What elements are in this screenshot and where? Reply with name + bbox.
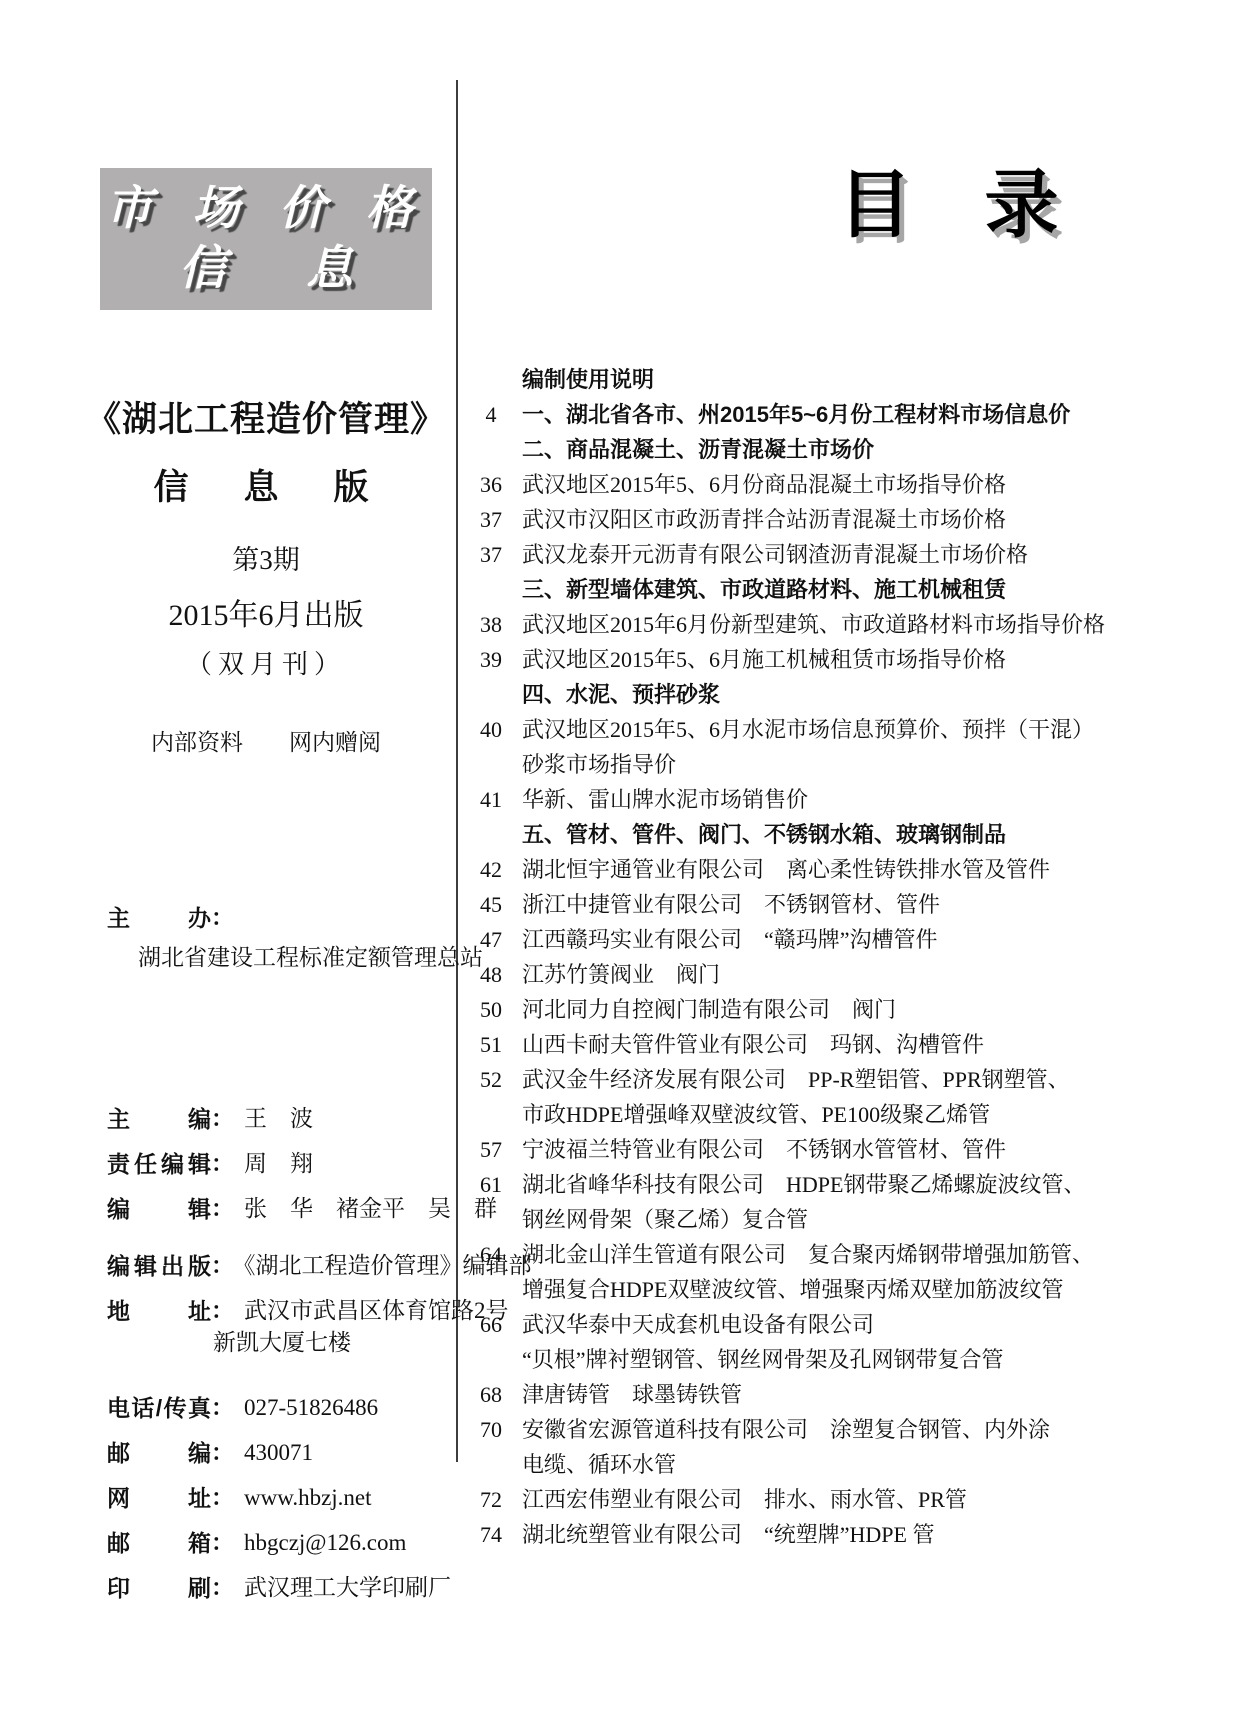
imprint-label: 地址 — [107, 1296, 211, 1326]
imprint-colon: ： — [211, 1394, 234, 1420]
imprint-colon: ： — [211, 1195, 234, 1221]
toc-entry-text: 四、水泥、预拌砂浆 — [512, 677, 1170, 712]
imprint-label: 电话/传真 — [107, 1393, 211, 1423]
toc-page-number: 37 — [470, 502, 512, 537]
imprint-row: ：新凯大厦七楼 — [107, 1328, 457, 1358]
imprint-row: 邮编：430071 — [107, 1437, 457, 1468]
distribution-note: 内部资料 网内赠阅 — [48, 724, 484, 757]
toc-item: 45 浙江中捷管业有限公司 不锈钢管材、管件 — [470, 887, 1170, 922]
toc-page-number: 74 — [470, 1517, 512, 1552]
publish-date: 2015年6月出版 — [48, 590, 484, 634]
toc-page-number: 51 — [470, 1027, 512, 1062]
imprint-row: 编辑出版：《湖北工程造价管理》编辑部 — [107, 1250, 457, 1281]
toc-entry-text: 一、湖北省各市、州2015年5~6月份工程材料市场信息价 — [512, 397, 1170, 432]
publication-frequency: （双月刊） — [48, 644, 484, 681]
toc-item: 50 河北同力自控阀门制造有限公司 阀门 — [470, 992, 1170, 1027]
toc-item: 72 江西宏伟塑业有限公司 排水、雨水管、PR管 — [470, 1482, 1170, 1517]
imprint-label: 印刷 — [107, 1573, 211, 1603]
toc-item: 编制使用说明 — [470, 362, 1170, 397]
toc-entry-text: 武汉地区2015年5、6月水泥市场信息预算价、预拌（干混）砂浆市场指导价 — [512, 712, 1170, 782]
imprint-value: 027-51826486 — [244, 1395, 378, 1420]
toc-list: 编制使用说明 4 一、湖北省各市、州2015年5~6月份工程材料市场信息价 二、… — [470, 362, 1170, 1552]
imprint-colon: ： — [211, 1484, 234, 1510]
imprint-value: 430071 — [244, 1440, 313, 1465]
toc-item: 52 武汉金牛经济发展有限公司 PP-R塑铝管、PPR钢塑管、市政HDPE增强峰… — [470, 1062, 1170, 1132]
toc-page-number: 48 — [470, 957, 512, 992]
toc-entry-text: 湖北省峰华科技有限公司 HDPE钢带聚乙烯螺旋波纹管、钢丝网骨架（聚乙烯）复合管 — [512, 1167, 1170, 1237]
imprint-colon: ： — [211, 904, 234, 930]
imprint-value: www.hbzj.net — [244, 1485, 372, 1510]
imprint-block: 主办： ：湖北省建设工程标准定额管理总站 主编：王 波 责任编辑：周 翔 编辑：… — [107, 888, 457, 1603]
imprint-colon: ： — [211, 1105, 234, 1131]
imprint-colon: ： — [211, 1439, 234, 1465]
toc-page-number: 70 — [470, 1412, 512, 1447]
imprint-colon: ： — [211, 1150, 234, 1176]
toc-entry-text: 湖北统塑管业有限公司 “统塑牌”HDPE 管 — [512, 1517, 1170, 1552]
toc-page-number: 52 — [470, 1062, 512, 1097]
imprint-label: 主编 — [107, 1104, 211, 1134]
toc-item: 68 津唐铸管 球墨铸铁管 — [470, 1377, 1170, 1412]
toc-page-number: 72 — [470, 1482, 512, 1517]
imprint-value: 武汉理工大学印刷厂 — [244, 1575, 451, 1600]
banner-title-line2: 信 息 — [100, 239, 432, 299]
imprint-colon: ： — [211, 1574, 234, 1600]
toc-item: 61 湖北省峰华科技有限公司 HDPE钢带聚乙烯螺旋波纹管、钢丝网骨架（聚乙烯）… — [470, 1167, 1170, 1237]
issue-number: 第3期 — [48, 538, 484, 577]
toc-item: 57 宁波福兰特管业有限公司 不锈钢水管管材、管件 — [470, 1132, 1170, 1167]
imprint-row: 编辑：张 华 褚金平 吴 群 — [107, 1193, 457, 1224]
toc-item: 4 一、湖北省各市、州2015年5~6月份工程材料市场信息价 — [470, 397, 1170, 432]
toc-item: 40 武汉地区2015年5、6月水泥市场信息预算价、预拌（干混）砂浆市场指导价 — [470, 712, 1170, 782]
toc-page-number: 61 — [470, 1167, 512, 1202]
toc-entry-text: 江苏竹箦阀业 阀门 — [512, 957, 1170, 992]
toc-item: 三、新型墙体建筑、市政道路材料、施工机械租赁 — [470, 572, 1170, 607]
imprint-label: 编辑出版 — [107, 1251, 211, 1281]
toc-page-number: 50 — [470, 992, 512, 1027]
toc-entry-text: 五、管材、管件、阀门、不锈钢水箱、玻璃钢制品 — [512, 817, 1170, 852]
toc-entry-text: 浙江中捷管业有限公司 不锈钢管材、管件 — [512, 887, 1170, 922]
imprint-value: hbgczj@126.com — [244, 1530, 406, 1555]
toc-entry-text: 编制使用说明 — [512, 362, 1170, 397]
imprint-row: 地址：武汉市武昌区体育馆路2号 — [107, 1295, 457, 1326]
toc-item: 39 武汉地区2015年5、6月施工机械租赁市场指导价格 — [470, 642, 1170, 677]
imprint-value: 新凯大厦七楼 — [213, 1330, 351, 1355]
imprint-value: 王 波 — [244, 1106, 313, 1131]
toc-item: 48 江苏竹箦阀业 阀门 — [470, 957, 1170, 992]
journal-edition: 信 息 版 — [48, 460, 484, 510]
toc-entry-text: 武汉地区2015年5、6月份商品混凝土市场指导价格 — [512, 467, 1170, 502]
toc-page-number: 4 — [470, 397, 512, 432]
toc-page-number: 66 — [470, 1307, 512, 1342]
toc-item: 47 江西赣玛实业有限公司 “赣玛牌”沟槽管件 — [470, 922, 1170, 957]
toc-entry-text: 津唐铸管 球墨铸铁管 — [512, 1377, 1170, 1412]
toc-entry-text: 河北同力自控阀门制造有限公司 阀门 — [512, 992, 1170, 1027]
toc-item: 64 湖北金山洋生管道有限公司 复合聚丙烯钢带增强加筋管、增强复合HDPE双壁波… — [470, 1237, 1170, 1307]
toc-page-number: 45 — [470, 887, 512, 922]
imprint-value: 湖北省建设工程标准定额管理总站 — [138, 945, 483, 970]
imprint-row: 责任编辑：周 翔 — [107, 1148, 457, 1179]
toc-item: 70 安徽省宏源管道科技有限公司 涂塑复合钢管、内外涂电缆、循环水管 — [470, 1412, 1170, 1482]
toc-entry-text: 华新、雷山牌水泥市场销售价 — [512, 782, 1170, 817]
imprint-row: 网址：www.hbzj.net — [107, 1482, 457, 1513]
toc-item: 74 湖北统塑管业有限公司 “统塑牌”HDPE 管 — [470, 1517, 1170, 1552]
imprint-value: 周 翔 — [244, 1151, 313, 1176]
toc-item: 36 武汉地区2015年5、6月份商品混凝土市场指导价格 — [470, 467, 1170, 502]
toc-page-number: 41 — [470, 782, 512, 817]
toc-page-number: 47 — [470, 922, 512, 957]
imprint-row: 邮箱：hbgczj@126.com — [107, 1527, 457, 1558]
imprint-label: 网址 — [107, 1483, 211, 1513]
magazine-toc-page: 市 场 价 格 信 息 《湖北工程造价管理》 信 息 版 第3期 2015年6月… — [0, 0, 1240, 1718]
imprint-value: 张 华 褚金平 吴 群 — [244, 1196, 497, 1221]
toc-entry-text: 武汉华泰中天成套机电设备有限公司“贝根”牌衬塑钢管、钢丝网骨架及孔网钢带复合管 — [512, 1307, 1170, 1377]
toc-page-number: 57 — [470, 1132, 512, 1167]
toc-entry-text: 武汉金牛经济发展有限公司 PP-R塑铝管、PPR钢塑管、市政HDPE增强峰双壁波… — [512, 1062, 1170, 1132]
imprint-row: ：湖北省建设工程标准定额管理总站 — [107, 943, 457, 973]
toc-entry-text: 江西赣玛实业有限公司 “赣玛牌”沟槽管件 — [512, 922, 1170, 957]
imprint-row: 电话/传真：027-51826486 — [107, 1392, 457, 1423]
imprint-label: 主办 — [107, 903, 211, 933]
toc-page-number: 40 — [470, 712, 512, 747]
toc-page-number: 37 — [470, 537, 512, 572]
imprint-label: 编辑 — [107, 1194, 211, 1224]
imprint-row: 印刷：武汉理工大学印刷厂 — [107, 1572, 457, 1603]
toc-entry-text: 湖北恒宇通管业有限公司 离心柔性铸铁排水管及管件 — [512, 852, 1170, 887]
toc-page-number: 39 — [470, 642, 512, 677]
toc-entry-text: 武汉市汉阳区市政沥青拌合站沥青混凝土市场价格 — [512, 502, 1170, 537]
toc-entry-text: 三、新型墙体建筑、市政道路材料、施工机械租赁 — [512, 572, 1170, 607]
toc-item: 二、商品混凝土、沥青混凝土市场价 — [470, 432, 1170, 467]
toc-item: 42 湖北恒宇通管业有限公司 离心柔性铸铁排水管及管件 — [470, 852, 1170, 887]
toc-item: 41 华新、雷山牌水泥市场销售价 — [470, 782, 1170, 817]
toc-entry-text: 宁波福兰特管业有限公司 不锈钢水管管材、管件 — [512, 1132, 1170, 1167]
imprint-colon: ： — [211, 1529, 234, 1555]
imprint-label: 责任编辑 — [107, 1149, 211, 1179]
imprint-row: 主编：王 波 — [107, 1103, 457, 1134]
toc-page-number: 68 — [470, 1377, 512, 1412]
imprint-value: 武汉市武昌区体育馆路2号 — [244, 1298, 509, 1323]
journal-title: 《湖北工程造价管理》 — [48, 392, 484, 442]
imprint-row: 主办： — [107, 902, 457, 933]
toc-entry-text: 安徽省宏源管道科技有限公司 涂塑复合钢管、内外涂电缆、循环水管 — [512, 1412, 1170, 1482]
imprint-label: 邮箱 — [107, 1528, 211, 1558]
toc-item: 37 武汉市汉阳区市政沥青拌合站沥青混凝土市场价格 — [470, 502, 1170, 537]
toc-entry-text: 武汉地区2015年5、6月施工机械租赁市场指导价格 — [512, 642, 1170, 677]
toc-item: 五、管材、管件、阀门、不锈钢水箱、玻璃钢制品 — [470, 817, 1170, 852]
toc-page-number: 64 — [470, 1237, 512, 1272]
toc-entry-text: 湖北金山洋生管道有限公司 复合聚丙烯钢带增强加筋管、增强复合HDPE双壁波纹管、… — [512, 1237, 1170, 1307]
toc-page-number: 36 — [470, 467, 512, 502]
toc-entry-text: 武汉龙泰开元沥青有限公司钢渣沥青混凝土市场价格 — [512, 537, 1170, 572]
toc-entry-text: 二、商品混凝土、沥青混凝土市场价 — [512, 432, 1170, 467]
toc-item: 66 武汉华泰中天成套机电设备有限公司“贝根”牌衬塑钢管、钢丝网骨架及孔网钢带复… — [470, 1307, 1170, 1377]
toc-entry-text: 武汉地区2015年6月份新型建筑、市政道路材料市场指导价格 — [512, 607, 1170, 642]
banner-title-line1: 市 场 价 格 — [100, 179, 432, 239]
toc-item: 37 武汉龙泰开元沥青有限公司钢渣沥青混凝土市场价格 — [470, 537, 1170, 572]
toc-item: 四、水泥、预拌砂浆 — [470, 677, 1170, 712]
toc-entry-text: 江西宏伟塑业有限公司 排水、雨水管、PR管 — [512, 1482, 1170, 1517]
imprint-colon: ： — [211, 1297, 234, 1323]
imprint-label: 邮编 — [107, 1438, 211, 1468]
toc-item: 38 武汉地区2015年6月份新型建筑、市政道路材料市场指导价格 — [470, 607, 1170, 642]
masthead-banner: 市 场 价 格 信 息 — [100, 168, 432, 310]
toc-page-number: 42 — [470, 852, 512, 887]
toc-item: 51 山西卡耐夫管件管业有限公司 玛钢、沟槽管件 — [470, 1027, 1170, 1062]
toc-page-number: 38 — [470, 607, 512, 642]
imprint-colon: ： — [211, 1252, 234, 1278]
toc-title: 目 录 — [838, 158, 1085, 252]
toc-entry-text: 山西卡耐夫管件管业有限公司 玛钢、沟槽管件 — [512, 1027, 1170, 1062]
